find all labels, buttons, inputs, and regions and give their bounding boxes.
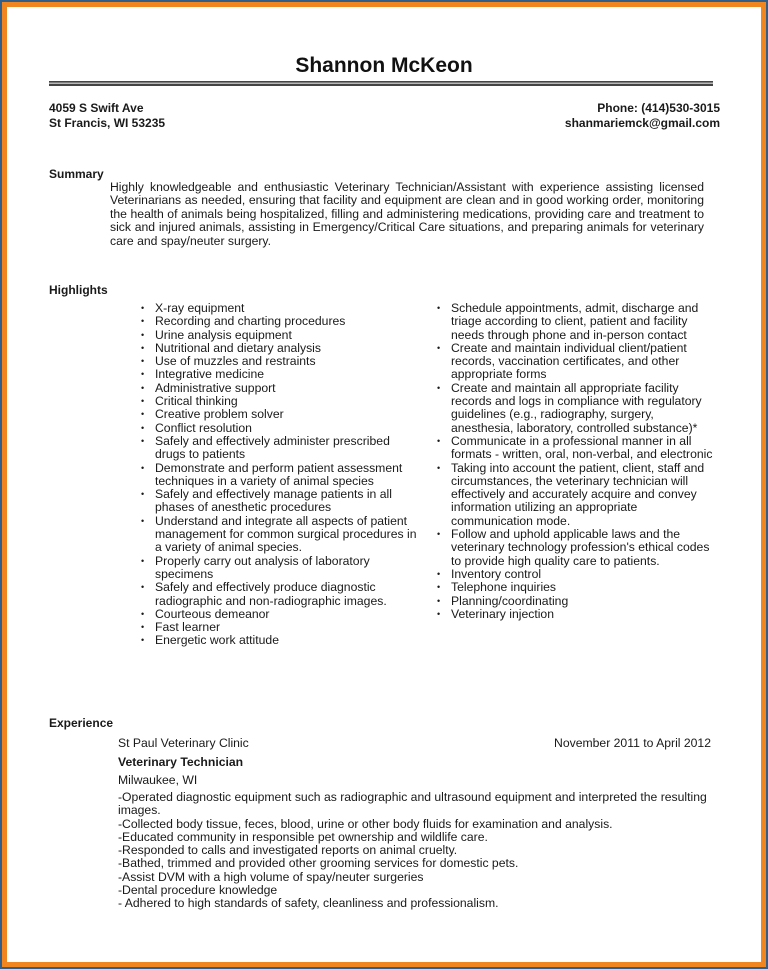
highlight-item: Courteous demeanor [138, 608, 418, 621]
contact-block: Phone: (414)530-3015 shanmariemck@gmail.… [565, 101, 720, 130]
highlight-item: Creative problem solver [138, 408, 418, 421]
highlight-item: Conflict resolution [138, 422, 418, 435]
duty-item: -Dental procedure knowledge [118, 884, 718, 897]
summary-heading: Summary [49, 167, 104, 181]
highlight-item: Planning/coordinating [434, 595, 719, 608]
summary-text: Highly knowledgeable and enthusiastic Ve… [110, 181, 704, 248]
duty-item: - Adhered to high standards of safety, c… [118, 897, 718, 910]
highlight-item: Understand and integrate all aspects of … [138, 515, 418, 555]
highlight-item: Communicate in a professional manner in … [434, 435, 719, 462]
employer: St Paul Veterinary Clinic [118, 736, 249, 750]
address-line1: 4059 S Swift Ave [49, 101, 165, 116]
highlights-heading: Highlights [49, 283, 108, 297]
job-dates: November 2011 to April 2012 [554, 736, 711, 750]
highlight-item: Inventory control [434, 568, 719, 581]
highlight-item: Taking into account the patient, client,… [434, 462, 719, 528]
highlight-item: Create and maintain all appropriate faci… [434, 382, 719, 435]
highlight-item: Telephone inquiries [434, 581, 719, 594]
address-block: 4059 S Swift Ave St Francis, WI 53235 [49, 101, 165, 130]
highlights-right-list: Schedule appointments, admit, discharge … [434, 302, 719, 621]
header-divider [49, 81, 713, 86]
duty-item: -Collected body tissue, feces, blood, ur… [118, 818, 718, 831]
highlight-item: Energetic work attitude [138, 634, 418, 647]
highlight-item: Veterinary injection [434, 608, 719, 621]
email: shanmariemck@gmail.com [565, 116, 720, 131]
duty-item: -Educated community in responsible pet o… [118, 831, 718, 844]
phone: Phone: (414)530-3015 [565, 101, 720, 116]
highlight-item: Safely and effectively produce diagnosti… [138, 581, 418, 608]
highlight-item: X-ray equipment [138, 302, 418, 315]
job-duties: -Operated diagnostic equipment such as r… [118, 791, 718, 911]
highlight-item: Properly carry out analysis of laborator… [138, 555, 418, 582]
highlight-item: Safely and effectively administer prescr… [138, 435, 418, 462]
duty-item: -Operated diagnostic equipment such as r… [118, 791, 718, 818]
highlight-item: Recording and charting procedures [138, 315, 418, 328]
highlight-item: Integrative medicine [138, 368, 418, 381]
highlight-item: Administrative support [138, 382, 418, 395]
duty-item: -Responded to calls and investigated rep… [118, 844, 718, 857]
highlight-item: Create and maintain individual client/pa… [434, 342, 719, 382]
duty-item: -Bathed, trimmed and provided other groo… [118, 857, 718, 870]
highlight-item: Urine analysis equipment [138, 329, 418, 342]
duty-item: -Assist DVM with a high volume of spay/n… [118, 871, 718, 884]
job-location: Milwaukee, WI [118, 773, 197, 787]
experience-heading: Experience [49, 716, 113, 730]
highlight-item: Follow and uphold applicable laws and th… [434, 528, 719, 568]
highlight-item: Fast learner [138, 621, 418, 634]
address-line2: St Francis, WI 53235 [49, 116, 165, 131]
highlights-left-list: X-ray equipmentRecording and charting pr… [138, 302, 418, 648]
highlight-item: Schedule appointments, admit, discharge … [434, 302, 719, 342]
highlight-item: Use of muzzles and restraints [138, 355, 418, 368]
resume-name: Shannon McKeon [0, 54, 768, 78]
highlight-item: Nutritional and dietary analysis [138, 342, 418, 355]
highlight-item: Critical thinking [138, 395, 418, 408]
highlight-item: Demonstrate and perform patient assessme… [138, 462, 418, 489]
job-position: Veterinary Technician [118, 755, 243, 769]
highlight-item: Safely and effectively manage patients i… [138, 488, 418, 515]
